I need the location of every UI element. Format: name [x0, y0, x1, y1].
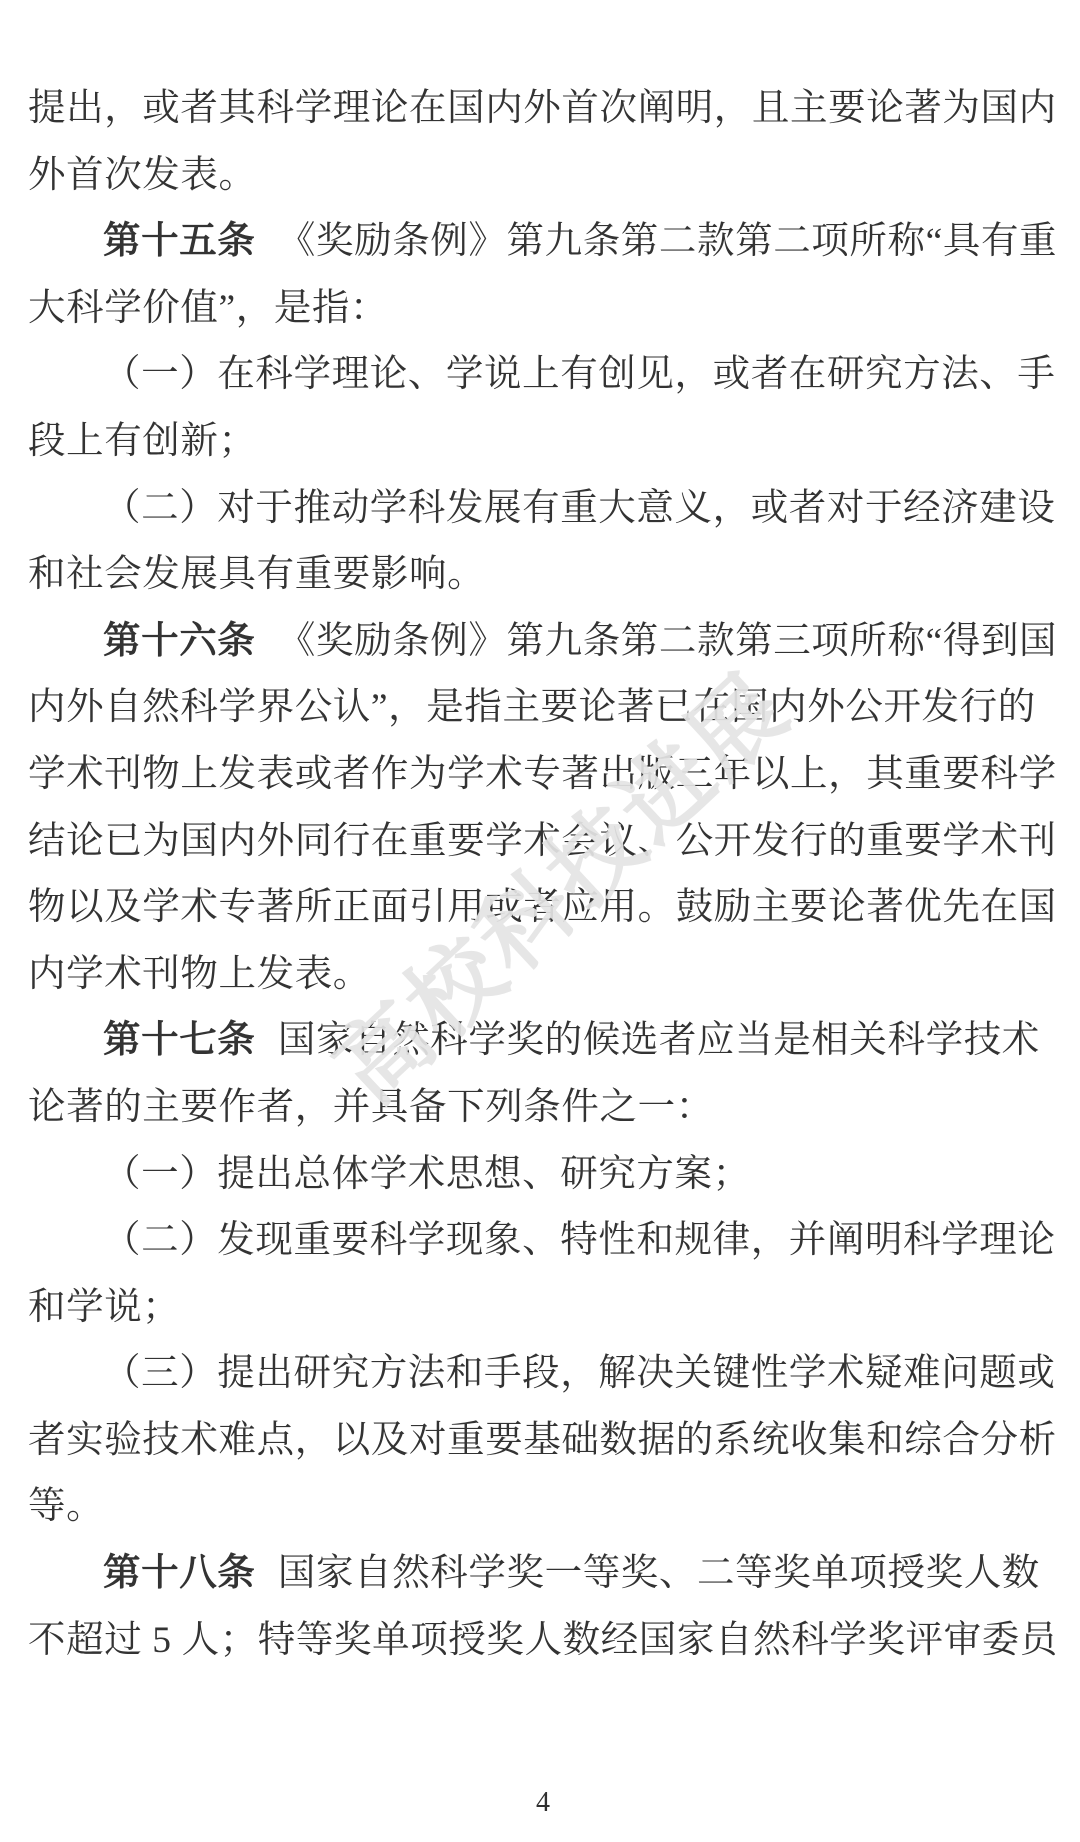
- text-line: 内外自然科学界公认”，是指主要论著已在国内外公开发行的: [28, 675, 1058, 742]
- text-line: 大科学价值”，是指：: [28, 276, 1058, 343]
- text-segment: 段上有创新；: [28, 421, 257, 462]
- document-page: 高校科技进展 提出，或者其科学理论在国内外首次阐明，且主要论著为国内外首次发表。…: [0, 0, 1080, 1842]
- text-segment: 和社会发展具有重要影响。: [28, 554, 485, 595]
- text-line: （一）提出总体学术思想、研究方案；: [28, 1142, 1058, 1209]
- text-line: 不超过 5 人；特等奖单项授奖人数经国家自然科学奖评审委员: [28, 1608, 1058, 1675]
- text-segment: 《奖励条例》第九条第二款第三项所称“得到国: [278, 621, 1057, 662]
- document-text-block: 提出，或者其科学理论在国内外首次阐明，且主要论著为国内外首次发表。第十五条《奖励…: [28, 76, 1058, 1674]
- article-heading-segment: 第十六条: [103, 621, 255, 662]
- text-line: （二）发现重要科学现象、特性和规律，并阐明科学理论: [28, 1208, 1058, 1275]
- text-line: 内学术刊物上发表。: [28, 942, 1058, 1009]
- article-heading-segment: 第十五条: [103, 221, 255, 262]
- text-line: 和社会发展具有重要影响。: [28, 542, 1058, 609]
- text-line: 提出，或者其科学理论在国内外首次阐明，且主要论著为国内: [28, 76, 1058, 143]
- text-line: 等。: [28, 1474, 1058, 1541]
- text-line: 物以及学术专著所正面引用或者应用。鼓励主要论著优先在国: [28, 875, 1058, 942]
- text-line: 结论已为国内外同行在重要学术会议、公开发行的重要学术刊: [28, 809, 1058, 876]
- text-segment: 结论已为国内外同行在重要学术会议、公开发行的重要学术刊: [28, 821, 1057, 862]
- text-segment: （一）提出总体学术思想、研究方案；: [103, 1154, 751, 1195]
- text-line: 论著的主要作者，并具备下列条件之一：: [28, 1075, 1058, 1142]
- text-segment: 不超过 5 人；特等奖单项授奖人数经国家自然科学奖评审委员: [28, 1620, 1058, 1661]
- text-segment: （一）在科学理论、学说上有创见，或者在研究方法、手: [103, 354, 1056, 395]
- text-segment: 国家自然科学奖一等奖、二等奖单项授奖人数: [278, 1553, 1040, 1594]
- text-line: （一）在科学理论、学说上有创见，或者在研究方法、手: [28, 342, 1058, 409]
- text-segment: 学术刊物上发表或者作为学术专著出版三年以上，其重要科学: [28, 754, 1057, 795]
- text-segment: 外首次发表。: [28, 155, 257, 196]
- text-line: 和学说；: [28, 1275, 1058, 1342]
- article-heading-segment: 第十八条: [103, 1553, 255, 1594]
- text-line: 学术刊物上发表或者作为学术专著出版三年以上，其重要科学: [28, 742, 1058, 809]
- text-segment: 内学术刊物上发表。: [28, 954, 371, 995]
- page-number: 4: [28, 1786, 1058, 1820]
- text-line: （二）对于推动学科发展有重大意义，或者对于经济建设: [28, 476, 1058, 543]
- text-segment: （二）发现重要科学现象、特性和规律，并阐明科学理论: [103, 1220, 1056, 1261]
- text-line: 第十七条国家自然科学奖的候选者应当是相关科学技术: [28, 1008, 1058, 1075]
- text-segment: 物以及学术专著所正面引用或者应用。鼓励主要论著优先在国: [28, 887, 1057, 928]
- text-line: 第十五条《奖励条例》第九条第二款第二项所称“具有重: [28, 209, 1058, 276]
- text-segment: （三）提出研究方法和手段，解决关键性学术疑难问题或: [103, 1353, 1056, 1394]
- text-segment: 论著的主要作者，并具备下列条件之一：: [28, 1087, 714, 1128]
- text-segment: 提出，或者其科学理论在国内外首次阐明，且主要论著为国内: [28, 88, 1057, 129]
- text-line: 外首次发表。: [28, 143, 1058, 210]
- text-segment: （二）对于推动学科发展有重大意义，或者对于经济建设: [103, 488, 1056, 529]
- text-segment: 国家自然科学奖的候选者应当是相关科学技术: [278, 1020, 1040, 1061]
- text-segment: 者实验技术难点，以及对重要基础数据的系统收集和综合分析: [28, 1420, 1057, 1461]
- text-segment: 内外自然科学界公认”，是指主要论著已在国内外公开发行的: [28, 687, 1036, 728]
- text-line: （三）提出研究方法和手段，解决关键性学术疑难问题或: [28, 1341, 1058, 1408]
- article-heading-segment: 第十七条: [103, 1020, 255, 1061]
- text-segment: 大科学价值”，是指：: [28, 288, 388, 329]
- text-segment: 和学说；: [28, 1287, 180, 1328]
- text-segment: 《奖励条例》第九条第二款第二项所称“具有重: [278, 221, 1057, 262]
- text-line: 第十八条国家自然科学奖一等奖、二等奖单项授奖人数: [28, 1541, 1058, 1608]
- text-line: 段上有创新；: [28, 409, 1058, 476]
- text-line: 者实验技术难点，以及对重要基础数据的系统收集和综合分析: [28, 1408, 1058, 1475]
- text-segment: 等。: [28, 1486, 104, 1527]
- text-line: 第十六条《奖励条例》第九条第二款第三项所称“得到国: [28, 609, 1058, 676]
